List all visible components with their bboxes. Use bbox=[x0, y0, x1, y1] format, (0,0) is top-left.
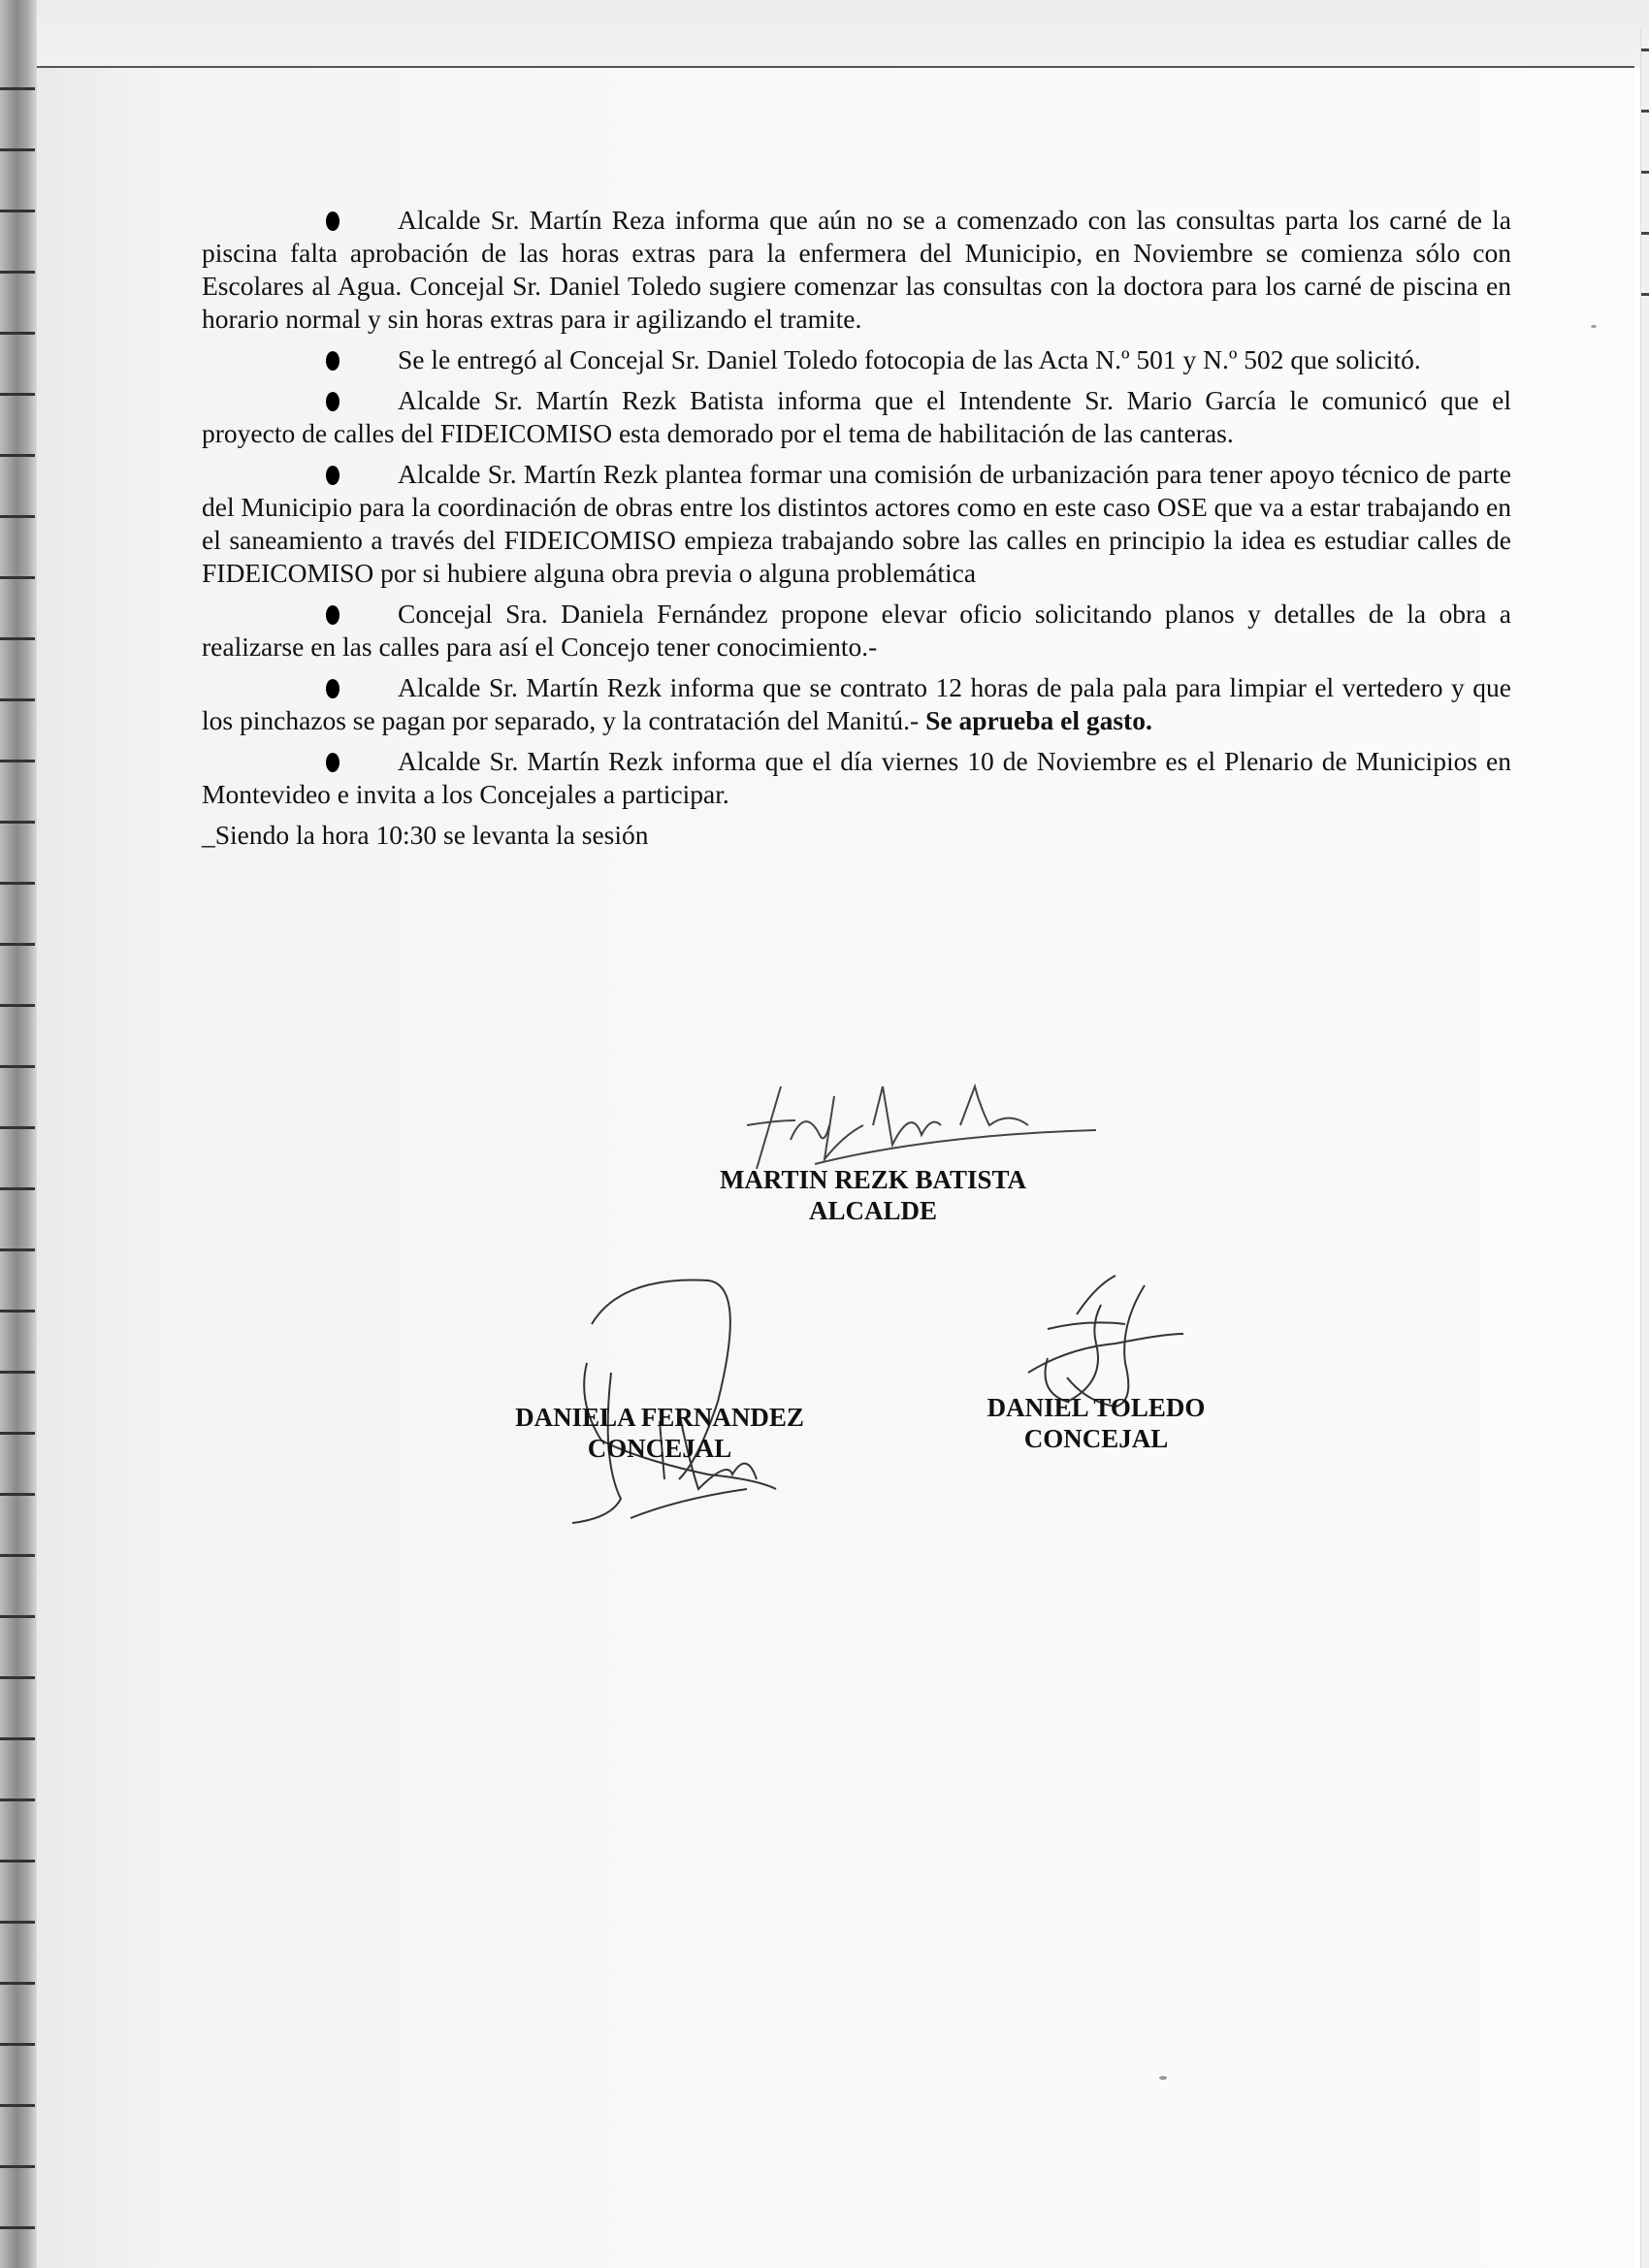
binding-mark bbox=[0, 1921, 35, 1924]
approval-note: Se aprueba el gasto. bbox=[925, 705, 1152, 735]
binding-mark bbox=[0, 515, 35, 518]
minutes-item: Alcalde Sr. Martín Rezk Batista informa … bbox=[202, 384, 1511, 450]
binding-mark bbox=[0, 1065, 35, 1068]
binding-mark bbox=[0, 576, 35, 579]
binding-mark bbox=[0, 1371, 35, 1374]
daniela-role: CONCEJAL bbox=[466, 1433, 854, 1464]
binding-mark bbox=[1641, 293, 1649, 296]
binding-mark bbox=[0, 2104, 35, 2107]
binding-mark bbox=[0, 760, 35, 762]
binding-mark bbox=[0, 1737, 35, 1740]
binding-mark bbox=[0, 1310, 35, 1312]
binding-mark bbox=[0, 1493, 35, 1496]
minutes-item-text: Alcalde Sr. Martín Rezk informa que se c… bbox=[202, 672, 1511, 735]
binding-mark bbox=[0, 2165, 35, 2168]
binding-mark bbox=[1641, 171, 1649, 174]
minutes-item-text: Alcalde Sr. Martín Rezk informa que el d… bbox=[202, 746, 1511, 809]
scan-speck bbox=[1159, 2076, 1167, 2080]
minutes-item-text: Concejal Sra. Daniela Fernández propone … bbox=[202, 599, 1511, 662]
minutes-item: Alcalde Sr. Martín Rezk informa que el d… bbox=[202, 745, 1511, 811]
binding-mark bbox=[0, 1554, 35, 1557]
minutes-item: Alcalde Sr. Martín Reza informa que aún … bbox=[202, 204, 1511, 336]
binding-mark bbox=[0, 2226, 35, 2229]
binding-mark bbox=[1641, 232, 1649, 235]
binding-mark bbox=[0, 1248, 35, 1251]
bullet-icon bbox=[326, 605, 339, 625]
daniela-name: DANIELA FERNANDEZ bbox=[466, 1402, 854, 1433]
bullet-icon bbox=[326, 351, 339, 371]
binding-mark bbox=[0, 1860, 35, 1863]
binding-mark bbox=[0, 2043, 35, 2046]
daniel-name: DANIEL TOLEDO bbox=[951, 1392, 1242, 1423]
binding-mark bbox=[0, 393, 35, 396]
binding-mark bbox=[0, 882, 35, 885]
binding-mark bbox=[0, 698, 35, 701]
signature-block-mayor: MARTIN REZK BATISTA ALCALDE bbox=[669, 1164, 1077, 1226]
binding-mark bbox=[0, 454, 35, 457]
minutes-body: Alcalde Sr. Martín Reza informa que aún … bbox=[202, 204, 1511, 859]
binding-mark bbox=[1641, 110, 1649, 113]
binding-mark bbox=[0, 1615, 35, 1618]
signature-mayor bbox=[737, 1067, 1125, 1174]
bullet-icon bbox=[326, 753, 339, 772]
signature-daniel-toledo bbox=[1009, 1266, 1203, 1411]
binding-mark bbox=[0, 87, 35, 90]
binding-mark bbox=[0, 943, 35, 946]
binding-mark bbox=[0, 210, 35, 212]
binding-mark bbox=[0, 1798, 35, 1801]
signature-block-daniela-fernandez: DANIELA FERNANDEZ CONCEJAL bbox=[466, 1402, 854, 1464]
scan-speck bbox=[1591, 325, 1597, 328]
scan-background bbox=[0, 0, 1649, 68]
binding-mark bbox=[0, 271, 35, 274]
binding-mark bbox=[0, 821, 35, 824]
minutes-item: Alcalde Sr. Martín Rezk plantea formar u… bbox=[202, 458, 1511, 590]
minutes-item: Concejal Sra. Daniela Fernández propone … bbox=[202, 598, 1511, 664]
binding-mark bbox=[0, 1004, 35, 1007]
page-right-edge bbox=[1640, 29, 1649, 2268]
minutes-item-text: Alcalde Sr. Martín Reza informa que aún … bbox=[202, 205, 1511, 334]
signature-block-daniel-toledo: DANIEL TOLEDO CONCEJAL bbox=[951, 1392, 1242, 1454]
mayor-role: ALCALDE bbox=[669, 1195, 1077, 1226]
mayor-name: MARTIN REZK BATISTA bbox=[669, 1164, 1077, 1195]
minutes-item-text: Se le entregó al Concejal Sr. Daniel Tol… bbox=[398, 344, 1421, 374]
minutes-item-text: Alcalde Sr. Martín Rezk plantea formar u… bbox=[202, 459, 1511, 588]
minutes-item: Alcalde Sr. Martín Rezk informa que se c… bbox=[202, 671, 1511, 737]
binding-spine bbox=[0, 0, 37, 2268]
bullet-icon bbox=[326, 679, 339, 698]
binding-mark bbox=[0, 1982, 35, 1985]
daniel-role: CONCEJAL bbox=[951, 1423, 1242, 1454]
minutes-item: Se le entregó al Concejal Sr. Daniel Tol… bbox=[202, 343, 1511, 376]
binding-mark bbox=[0, 332, 35, 335]
bullet-icon bbox=[326, 211, 339, 231]
bullet-icon bbox=[326, 392, 339, 411]
binding-mark bbox=[0, 637, 35, 640]
binding-mark bbox=[1641, 49, 1649, 51]
binding-mark bbox=[0, 1187, 35, 1190]
minutes-item-text: Alcalde Sr. Martín Rezk Batista informa … bbox=[202, 385, 1511, 448]
binding-mark bbox=[0, 1126, 35, 1129]
binding-mark bbox=[0, 1676, 35, 1679]
binding-mark bbox=[0, 148, 35, 151]
session-closing: _Siendo la hora 10:30 se levanta la sesi… bbox=[202, 819, 1511, 852]
binding-mark bbox=[0, 1432, 35, 1435]
bullet-icon bbox=[326, 466, 339, 485]
